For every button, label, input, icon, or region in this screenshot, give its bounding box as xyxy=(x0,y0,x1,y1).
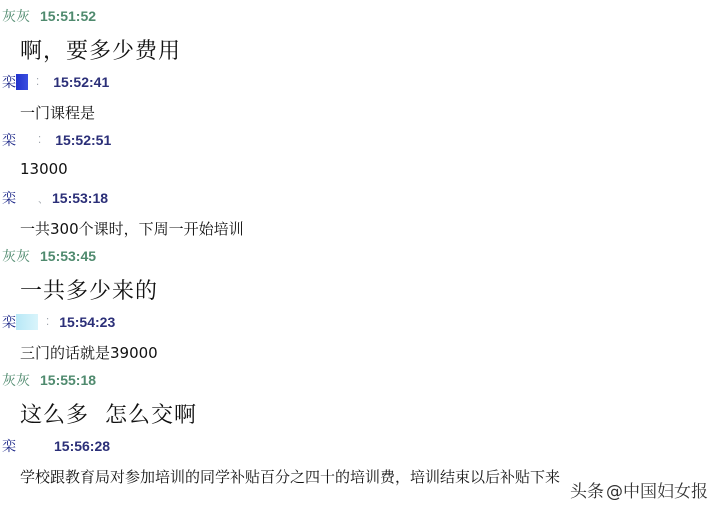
message-time: 15:55:18 xyxy=(40,372,96,388)
message-time: 15:52:41 xyxy=(53,74,109,90)
sender-name[interactable]: 栾 xyxy=(2,436,16,456)
message-text: 13000 xyxy=(20,160,68,178)
sender-name[interactable]: 栾 xyxy=(2,130,16,150)
message-header: 栾 、 15:53:18 xyxy=(2,188,108,208)
message-text: 一共300个课时，下周一开始培训 xyxy=(20,218,244,239)
message-text: 一门课程是 xyxy=(20,102,95,123)
message-header: 栾 ⁚ 15:54:23 xyxy=(2,312,115,332)
message-text: 三门的话就是39000 xyxy=(20,342,158,363)
message-header: 栾 ⁚ 15:52:51 xyxy=(2,130,111,150)
message-text: 学校跟教育局对参加培训的同学补贴百分之四十的培训费，培训结束以后补贴下来 xyxy=(20,466,560,487)
redaction-artifact-icon: ⁚ xyxy=(46,317,49,328)
redacted-name-block xyxy=(16,74,28,90)
message-time: 15:54:23 xyxy=(59,314,115,330)
redacted-name-block xyxy=(16,314,38,330)
watermark-account: @中国妇女报 xyxy=(606,477,708,502)
sender-name[interactable]: 栾 xyxy=(2,188,16,208)
message-header: 栾 ⁚ 15:52:41 xyxy=(2,72,109,92)
watermark-platform: 头条 xyxy=(570,477,604,502)
message-time: 15:53:45 xyxy=(40,248,96,264)
message-time: 15:52:51 xyxy=(55,132,111,148)
message-header: 栾 15:56:28 xyxy=(2,436,110,456)
message-time: 15:53:18 xyxy=(52,190,108,206)
sender-name[interactable]: 灰灰 xyxy=(2,6,30,26)
redaction-artifact-icon: ⁚ xyxy=(36,77,39,88)
sender-name[interactable]: 灰灰 xyxy=(2,370,30,390)
sender-name[interactable]: 栾 xyxy=(2,312,16,332)
message-time: 15:56:28 xyxy=(54,438,110,454)
message-header: 灰灰 15:51:52 xyxy=(2,6,96,26)
message-text: 啊，要多少费用 xyxy=(20,34,181,65)
message-time: 15:51:52 xyxy=(40,8,96,24)
redaction-artifact-icon: 、 xyxy=(38,191,48,206)
message-header: 灰灰 15:55:18 xyxy=(2,370,96,390)
sender-name[interactable]: 灰灰 xyxy=(2,246,30,266)
message-text: 一共多少来的 xyxy=(20,274,158,305)
message-text: 这么多 怎么交啊 xyxy=(20,398,197,429)
watermark: 头条 @中国妇女报 xyxy=(570,477,708,502)
sender-name[interactable]: 栾 xyxy=(2,72,16,92)
redaction-artifact-icon: ⁚ xyxy=(38,135,41,146)
message-header: 灰灰 15:53:45 xyxy=(2,246,96,266)
